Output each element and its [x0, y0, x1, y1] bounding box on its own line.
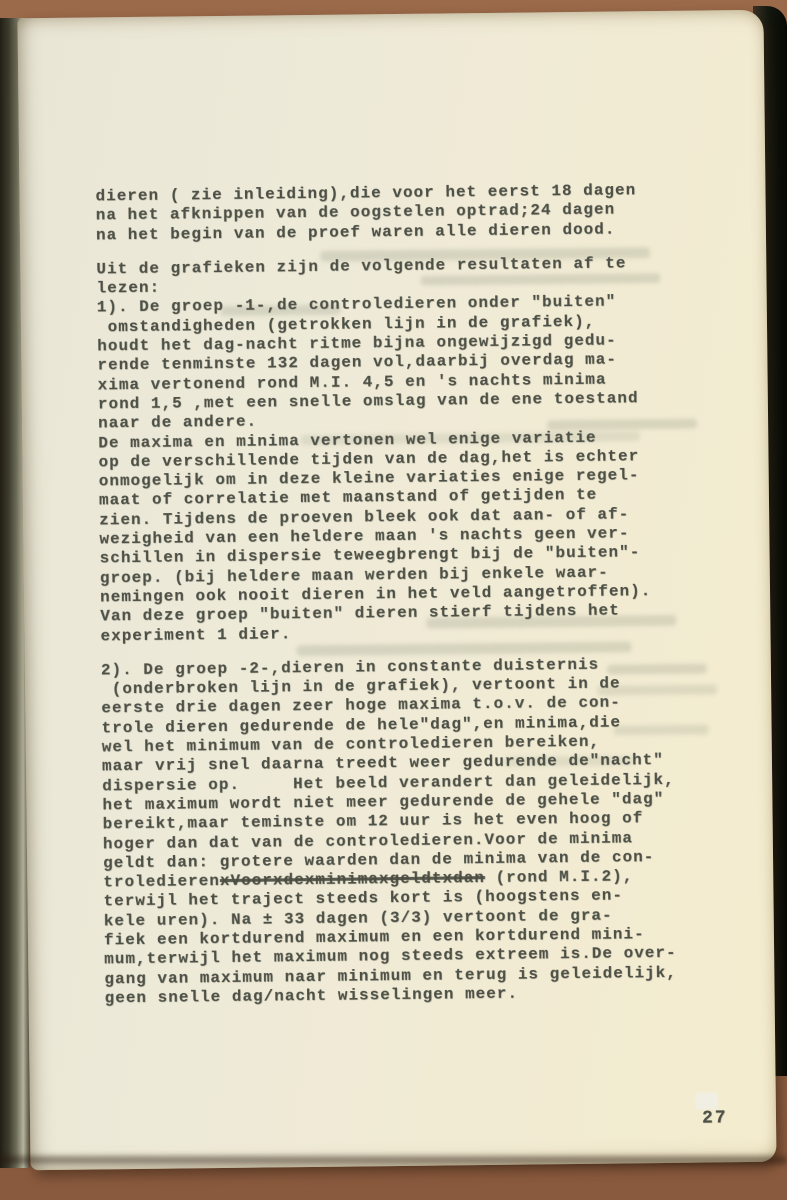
book-page: dieren ( zie inleiding),die voor het eer…: [17, 10, 776, 1170]
typewritten-text: dieren ( zie inleiding),die voor het eer…: [95, 180, 744, 1008]
struck-text: xVoorxdexminimaxgeldtxdan: [220, 869, 485, 890]
text-segment: (rond M.I.2),: [485, 867, 634, 887]
page-number: 27: [702, 1108, 728, 1128]
text-segment: naar de andere.: [98, 413, 257, 433]
desk-background: dieren ( zie inleiding),die voor het eer…: [0, 0, 787, 1200]
text-segment: experiment 1 dier.: [100, 625, 291, 645]
text-segment: lezen:: [96, 279, 160, 298]
text-segment: troledieren: [103, 872, 220, 891]
text-segment: geen snelle dag/nacht wisselingen meer.: [105, 985, 519, 1008]
erasure-patch: [696, 1092, 718, 1109]
